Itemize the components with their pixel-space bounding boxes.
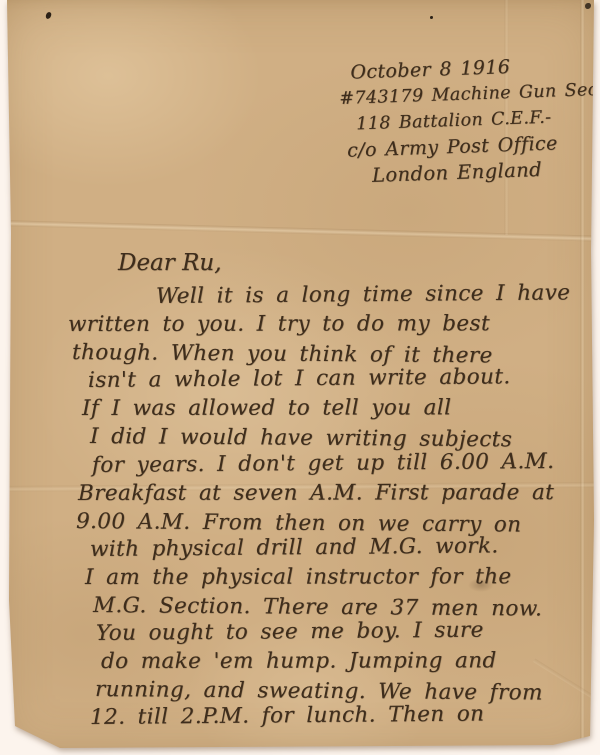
- letter-paper: October 8 1916 #743179 Machine Gun Secti…: [0, 0, 600, 755]
- body-line: isn't a whole lot I can write about.: [88, 364, 592, 396]
- body-line: with physical drill and M.G. work.: [90, 532, 592, 564]
- fold-crease-top: [0, 220, 600, 242]
- ink-speck: [45, 11, 52, 19]
- body-line: You ought to see me boy. I sure: [96, 617, 592, 649]
- body-line: If I was allowed to tell you all: [82, 395, 592, 424]
- salutation: Dear Ru,: [118, 250, 222, 276]
- letter-body: Well it is a long time since I have writ…: [6, 284, 592, 734]
- body-line: for years. I don't get up till 6.00 A.M.: [92, 448, 592, 480]
- scanner-background: October 8 1916 #743179 Machine Gun Secti…: [0, 0, 600, 755]
- body-line: 12. till 2.P.M. for lunch. Then on: [90, 701, 592, 733]
- body-line: I am the physical instructor for the: [85, 564, 592, 593]
- body-line: Well it is a long time since I have: [156, 280, 592, 312]
- letter-header-address: October 8 1916 #743179 Machine Gun Secti…: [338, 50, 600, 190]
- letter-paper-wrap: October 8 1916 #743179 Machine Gun Secti…: [0, 0, 600, 755]
- body-line: written to you. I try to do my best: [68, 311, 592, 340]
- ink-speck: [430, 16, 433, 19]
- body-line: do make 'em hump. Jumping and: [101, 648, 592, 677]
- body-line: Breakfast at seven A.M. First parade at: [78, 480, 592, 509]
- ink-speck: [585, 3, 591, 9]
